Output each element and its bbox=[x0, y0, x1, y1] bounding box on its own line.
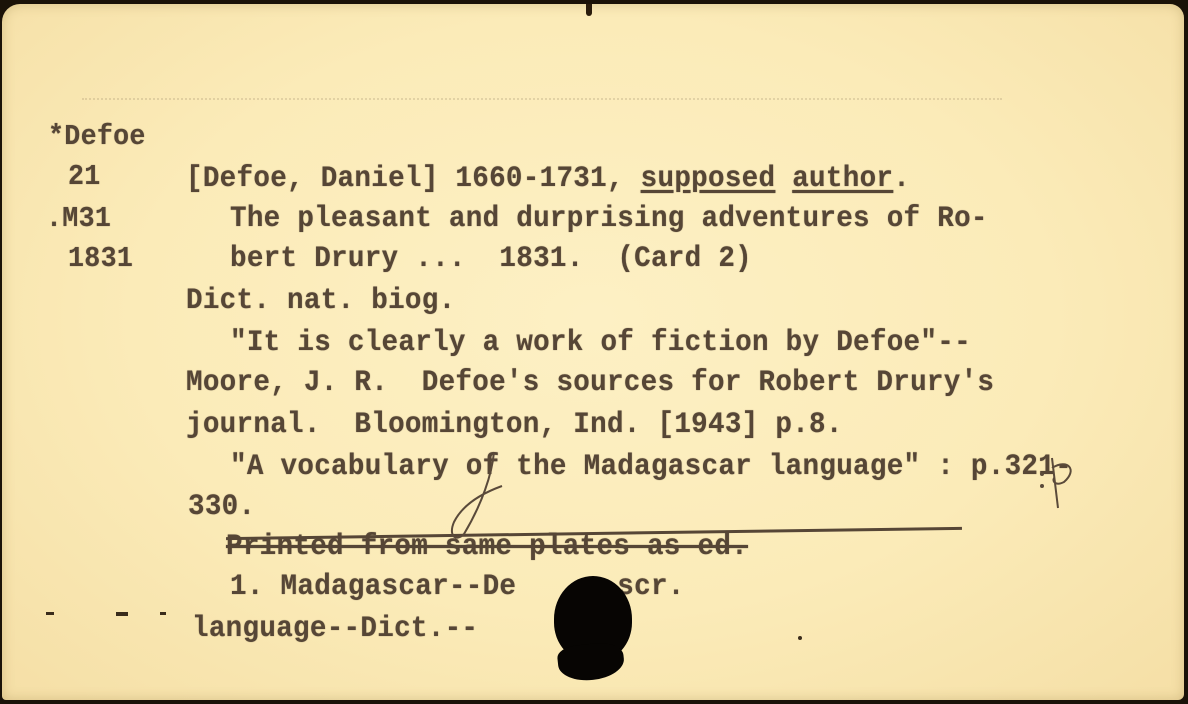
author-name: [Defoe, Daniel] 1660-1731, bbox=[186, 162, 641, 196]
handwritten-page-mark bbox=[1038, 452, 1098, 512]
note-vocabulary-cont: 330. bbox=[188, 492, 255, 522]
ink-speck bbox=[160, 612, 166, 615]
ink-speck bbox=[116, 612, 128, 616]
ink-speck bbox=[46, 612, 54, 615]
author-line: [Defoe, Daniel] 1660-1731, supposed auth… bbox=[186, 164, 910, 194]
call-number-line-2: 21 bbox=[68, 162, 101, 191]
punch-hole-tear bbox=[556, 641, 625, 684]
spacer bbox=[775, 162, 792, 196]
title-line-2: bert Drury ... 1831. (Card 2) bbox=[230, 244, 752, 274]
call-number-line-1: *Defoe bbox=[48, 122, 146, 151]
author-role-word-1: supposed bbox=[641, 162, 776, 196]
note-reference-cont: journal. Bloomington, Ind. [1943] p.8. bbox=[186, 410, 843, 440]
handwritten-insert-mark bbox=[442, 444, 512, 544]
title-line-1: The pleasant and durprising adventures o… bbox=[230, 204, 988, 234]
note-vocabulary: "A vocabulary of the Madagascar language… bbox=[230, 452, 1072, 482]
call-number-line-3: .M31 bbox=[46, 204, 111, 233]
faint-ruling bbox=[82, 98, 1002, 102]
note-reference: Moore, J. R. Defoe's sources for Robert … bbox=[186, 368, 994, 398]
author-line-period: . bbox=[893, 162, 910, 196]
note-quote-1: "It is clearly a work of fiction by Defo… bbox=[230, 328, 971, 358]
call-number-line-4: 1831 bbox=[68, 244, 133, 273]
note-source: Dict. nat. biog. bbox=[186, 286, 455, 316]
catalog-card: *Defoe 21 .M31 1831 [Defoe, Daniel] 1660… bbox=[2, 4, 1184, 700]
author-role-word-2: author bbox=[792, 162, 893, 196]
ink-speck bbox=[798, 636, 802, 640]
card-notch bbox=[586, 4, 592, 16]
